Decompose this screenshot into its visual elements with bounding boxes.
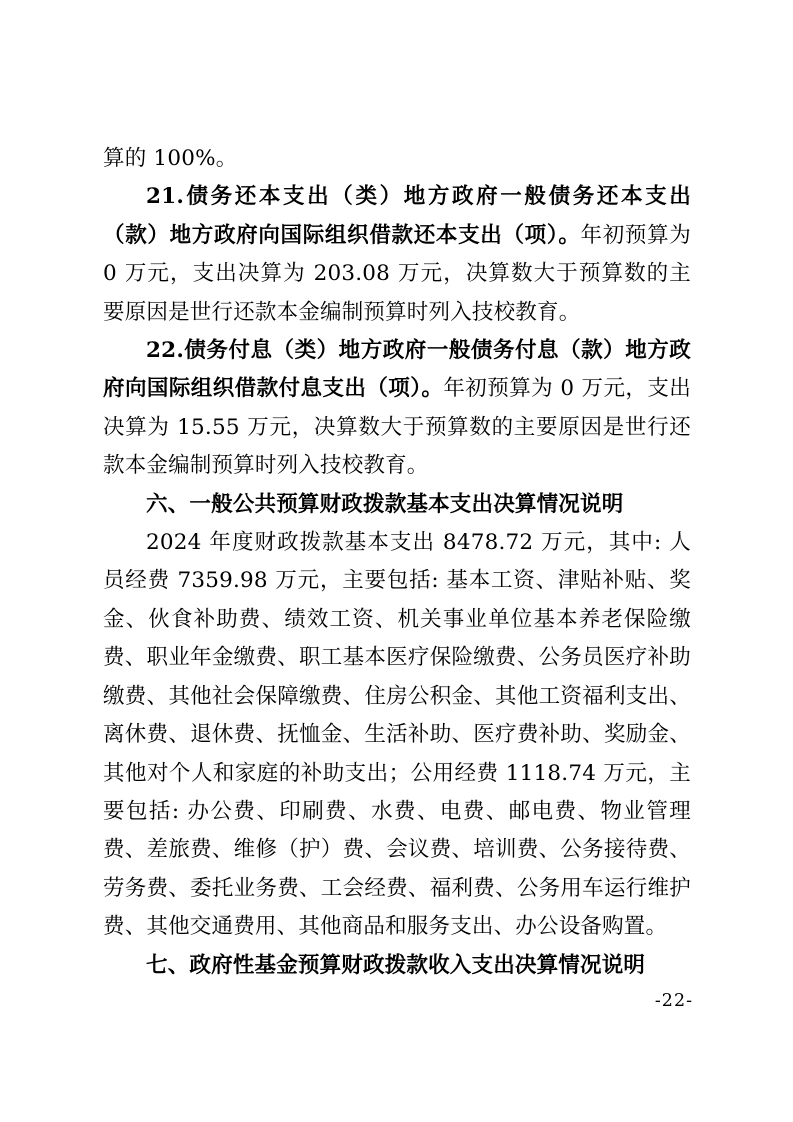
text-segment: 算的 100%。	[103, 146, 237, 171]
text-segment: 2024 年度财政拨款基本支出 8478.72 万元，其中: 人员经费 7359…	[103, 530, 691, 939]
document-page: 算的 100%。21.债务还本支出（类）地方政府一般债务还本支出（款）地方政府向…	[0, 0, 793, 1122]
paragraph: 22.债务付息（类）地方政府一般债务付息（款）地方政府向国际组织借款付息支出（项…	[103, 332, 691, 486]
section-heading: 六、一般公共预算财政拨款基本支出决算情况说明	[103, 486, 691, 524]
paragraph: 2024 年度财政拨款基本支出 8478.72 万元，其中: 人员经费 7359…	[103, 524, 691, 946]
bold-text-segment: 七、政府性基金预算财政拨款收入支出决算情况说明	[146, 953, 645, 978]
section-heading: 七、政府性基金预算财政拨款收入支出决算情况说明	[103, 947, 691, 985]
paragraph: 算的 100%。	[103, 140, 691, 178]
document-content: 算的 100%。21.债务还本支出（类）地方政府一般债务还本支出（款）地方政府向…	[103, 140, 691, 985]
page-number: -22-	[655, 991, 693, 1011]
bold-text-segment: 六、一般公共预算财政拨款基本支出决算情况说明	[146, 492, 623, 517]
paragraph: 21.债务还本支出（类）地方政府一般债务还本支出（款）地方政府向国际组织借款还本…	[103, 178, 691, 332]
